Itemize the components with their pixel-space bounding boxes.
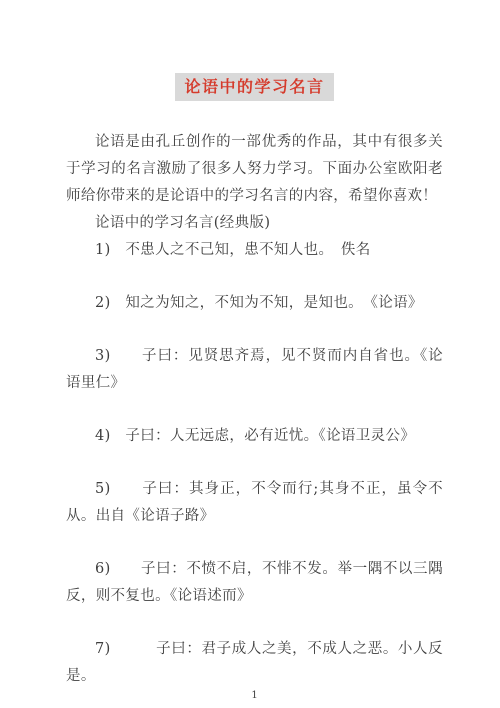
quote-item-6: 6) 子曰：不愤不启，不悱不发。举一隅不以三隅反，则不复也。《论语述而》 xyxy=(66,556,443,610)
subtitle: 论语中的学习名言(经典版) xyxy=(66,210,443,237)
document-title: 论语中的学习名言 xyxy=(66,62,443,101)
intro-paragraph: 论语是由孔丘创作的一部优秀的作品，其中有很多关于学习的名言激励了很多人努力学习。… xyxy=(66,129,443,210)
document-title-text: 论语中的学习名言 xyxy=(175,73,333,101)
document-page: 论语中的学习名言 论语是由孔丘创作的一部优秀的作品，其中有很多关于学习的名言激励… xyxy=(0,0,500,708)
quote-item-1: 1) 不患人之不己知，患不知人也。 佚名 xyxy=(66,237,443,264)
quote-item-5: 5) 子曰：其身正，不令而行;其身不正，虽令不从。出自《论语子路》 xyxy=(66,476,443,530)
quote-item-3: 3) 子曰：见贤思齐焉，见不贤而内自省也。《论语里仁》 xyxy=(66,343,443,397)
quote-item-2: 2) 知之为知之，不知为不知，是知也。 《论语》 xyxy=(66,290,443,317)
quote-item-4: 4) 子曰：人无远虑，必有近忧。《论语卫灵公》 xyxy=(66,423,443,450)
page-number: 1 xyxy=(66,689,443,703)
quote-item-7: 7) 子曰：君子成人之美，不成人之恶。小人反是。 xyxy=(66,636,443,690)
